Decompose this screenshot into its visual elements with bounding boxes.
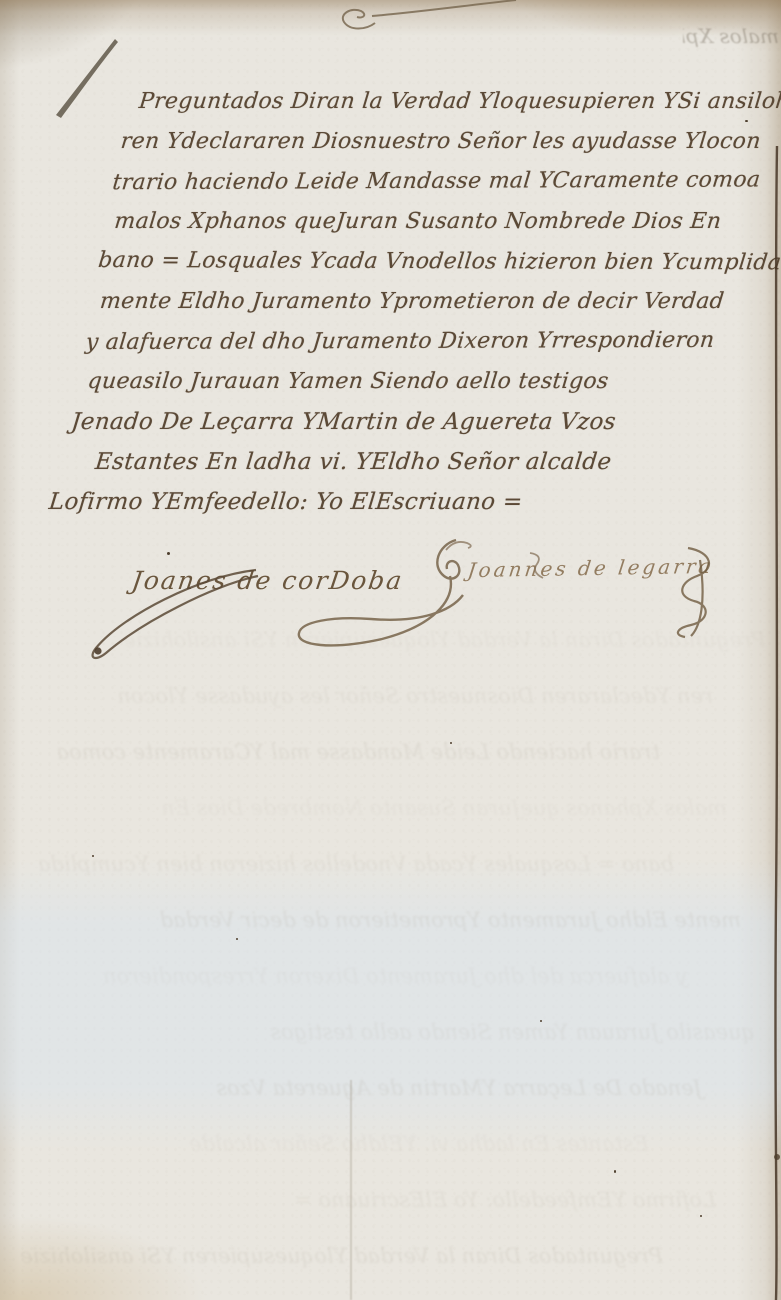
paper-speck: [450, 742, 452, 744]
manuscript-page: Preguntados Diran la Verdad Yloquesupier…: [0, 0, 781, 1300]
signature-cordoba-ink-blot: [94, 647, 101, 654]
manuscript-line: y alafuerca del dho Juramento Dixeron Yr…: [0, 321, 779, 364]
bleedthrough-line: y alafuerca del dho Juramento Dixeron Yr…: [14, 948, 688, 1004]
bleedthrough-line: Preguntados Diran la Verdad Yloquesupier…: [14, 1228, 663, 1284]
signature-joanes-de-cordoba: Joanes de corDoba: [130, 566, 405, 595]
manuscript-line: Jenado De Leçarra YMartin de Aguereta Vz…: [0, 402, 770, 442]
paper-blue-tint-band: [0, 860, 781, 1150]
bleedthrough-line: Preguntados Diran la Verdad Yloquesupier…: [14, 612, 766, 668]
manuscript-line: mente Eldho Juramento Yprometieron de de…: [0, 282, 781, 322]
page-edge-knot: [774, 1154, 780, 1160]
bleedthrough-line: ren Ydeclararen Diosnuestro Señor les ay…: [14, 668, 713, 724]
top-flourish-mark: [343, 0, 516, 29]
manuscript-line: malos Xphanos queJuran Susanto Nombrede …: [6, 202, 781, 242]
bleedthrough-line: Lofirmo YEmfeedello: Yo ElEscriuano =: [14, 1172, 716, 1228]
paper-crease: [350, 1080, 352, 1300]
bleedthrough-line: queasilo Jurauan Yamen Siendo aello test…: [14, 1004, 755, 1060]
paper-speck: [614, 1170, 616, 1173]
bleedthrough-line: mente Eldho Juramento Yprometieron de de…: [14, 892, 741, 948]
bleedthrough-fragment-top-right: malos Xphanos queJuran Susanto Nombrede …: [683, 24, 779, 68]
manuscript-line: Lofirmo YEmfeedello: Yo ElEscriuano =: [0, 482, 762, 522]
paper-speck: [92, 855, 94, 857]
bleedthrough-line: Jenado De Leçarra YMartin de Aguereta Vz…: [14, 1060, 702, 1116]
manuscript-line: trario haciendo Leide Mandasse mal YCara…: [10, 160, 781, 203]
signature-joannes-de-legarra: Joannes de legarra: [466, 554, 715, 582]
bleedthrough-line: trario haciendo Leide Mandasse mal YCara…: [14, 724, 660, 780]
bleedthrough-layer: Preguntados Diran la Verdad Yloquesupier…: [14, 612, 766, 1284]
manuscript-line: ren Ydeclararen Diosnuestro Señor les ay…: [15, 122, 781, 162]
manuscript-text-block: Preguntados Diran la Verdad Yloquesupier…: [0, 82, 781, 522]
paper-speck: [540, 1020, 542, 1022]
bleedthrough-line: malos Xphanos queJuran Susanto Nombrede …: [14, 780, 727, 836]
manuscript-line: Preguntados Diran la Verdad Yloquesupier…: [19, 82, 781, 122]
manuscript-line: Estantes En ladha vi. YEldho Señor alcal…: [0, 442, 766, 482]
paper-speck: [236, 938, 238, 940]
manuscript-line: bano = Losquales Ycada Vnodellos hiziero…: [2, 241, 781, 284]
manuscript-line: queasilo Jurauan Yamen Siendo aello test…: [0, 362, 775, 402]
paper-speck: [700, 1215, 702, 1217]
bleedthrough-line: bano = Losquales Ycada Vnodellos hiziero…: [14, 836, 674, 892]
bleedthrough-line: Estantes En ladha vi. YEldho Señor alcal…: [14, 1116, 649, 1172]
paper-speck: [167, 552, 170, 555]
